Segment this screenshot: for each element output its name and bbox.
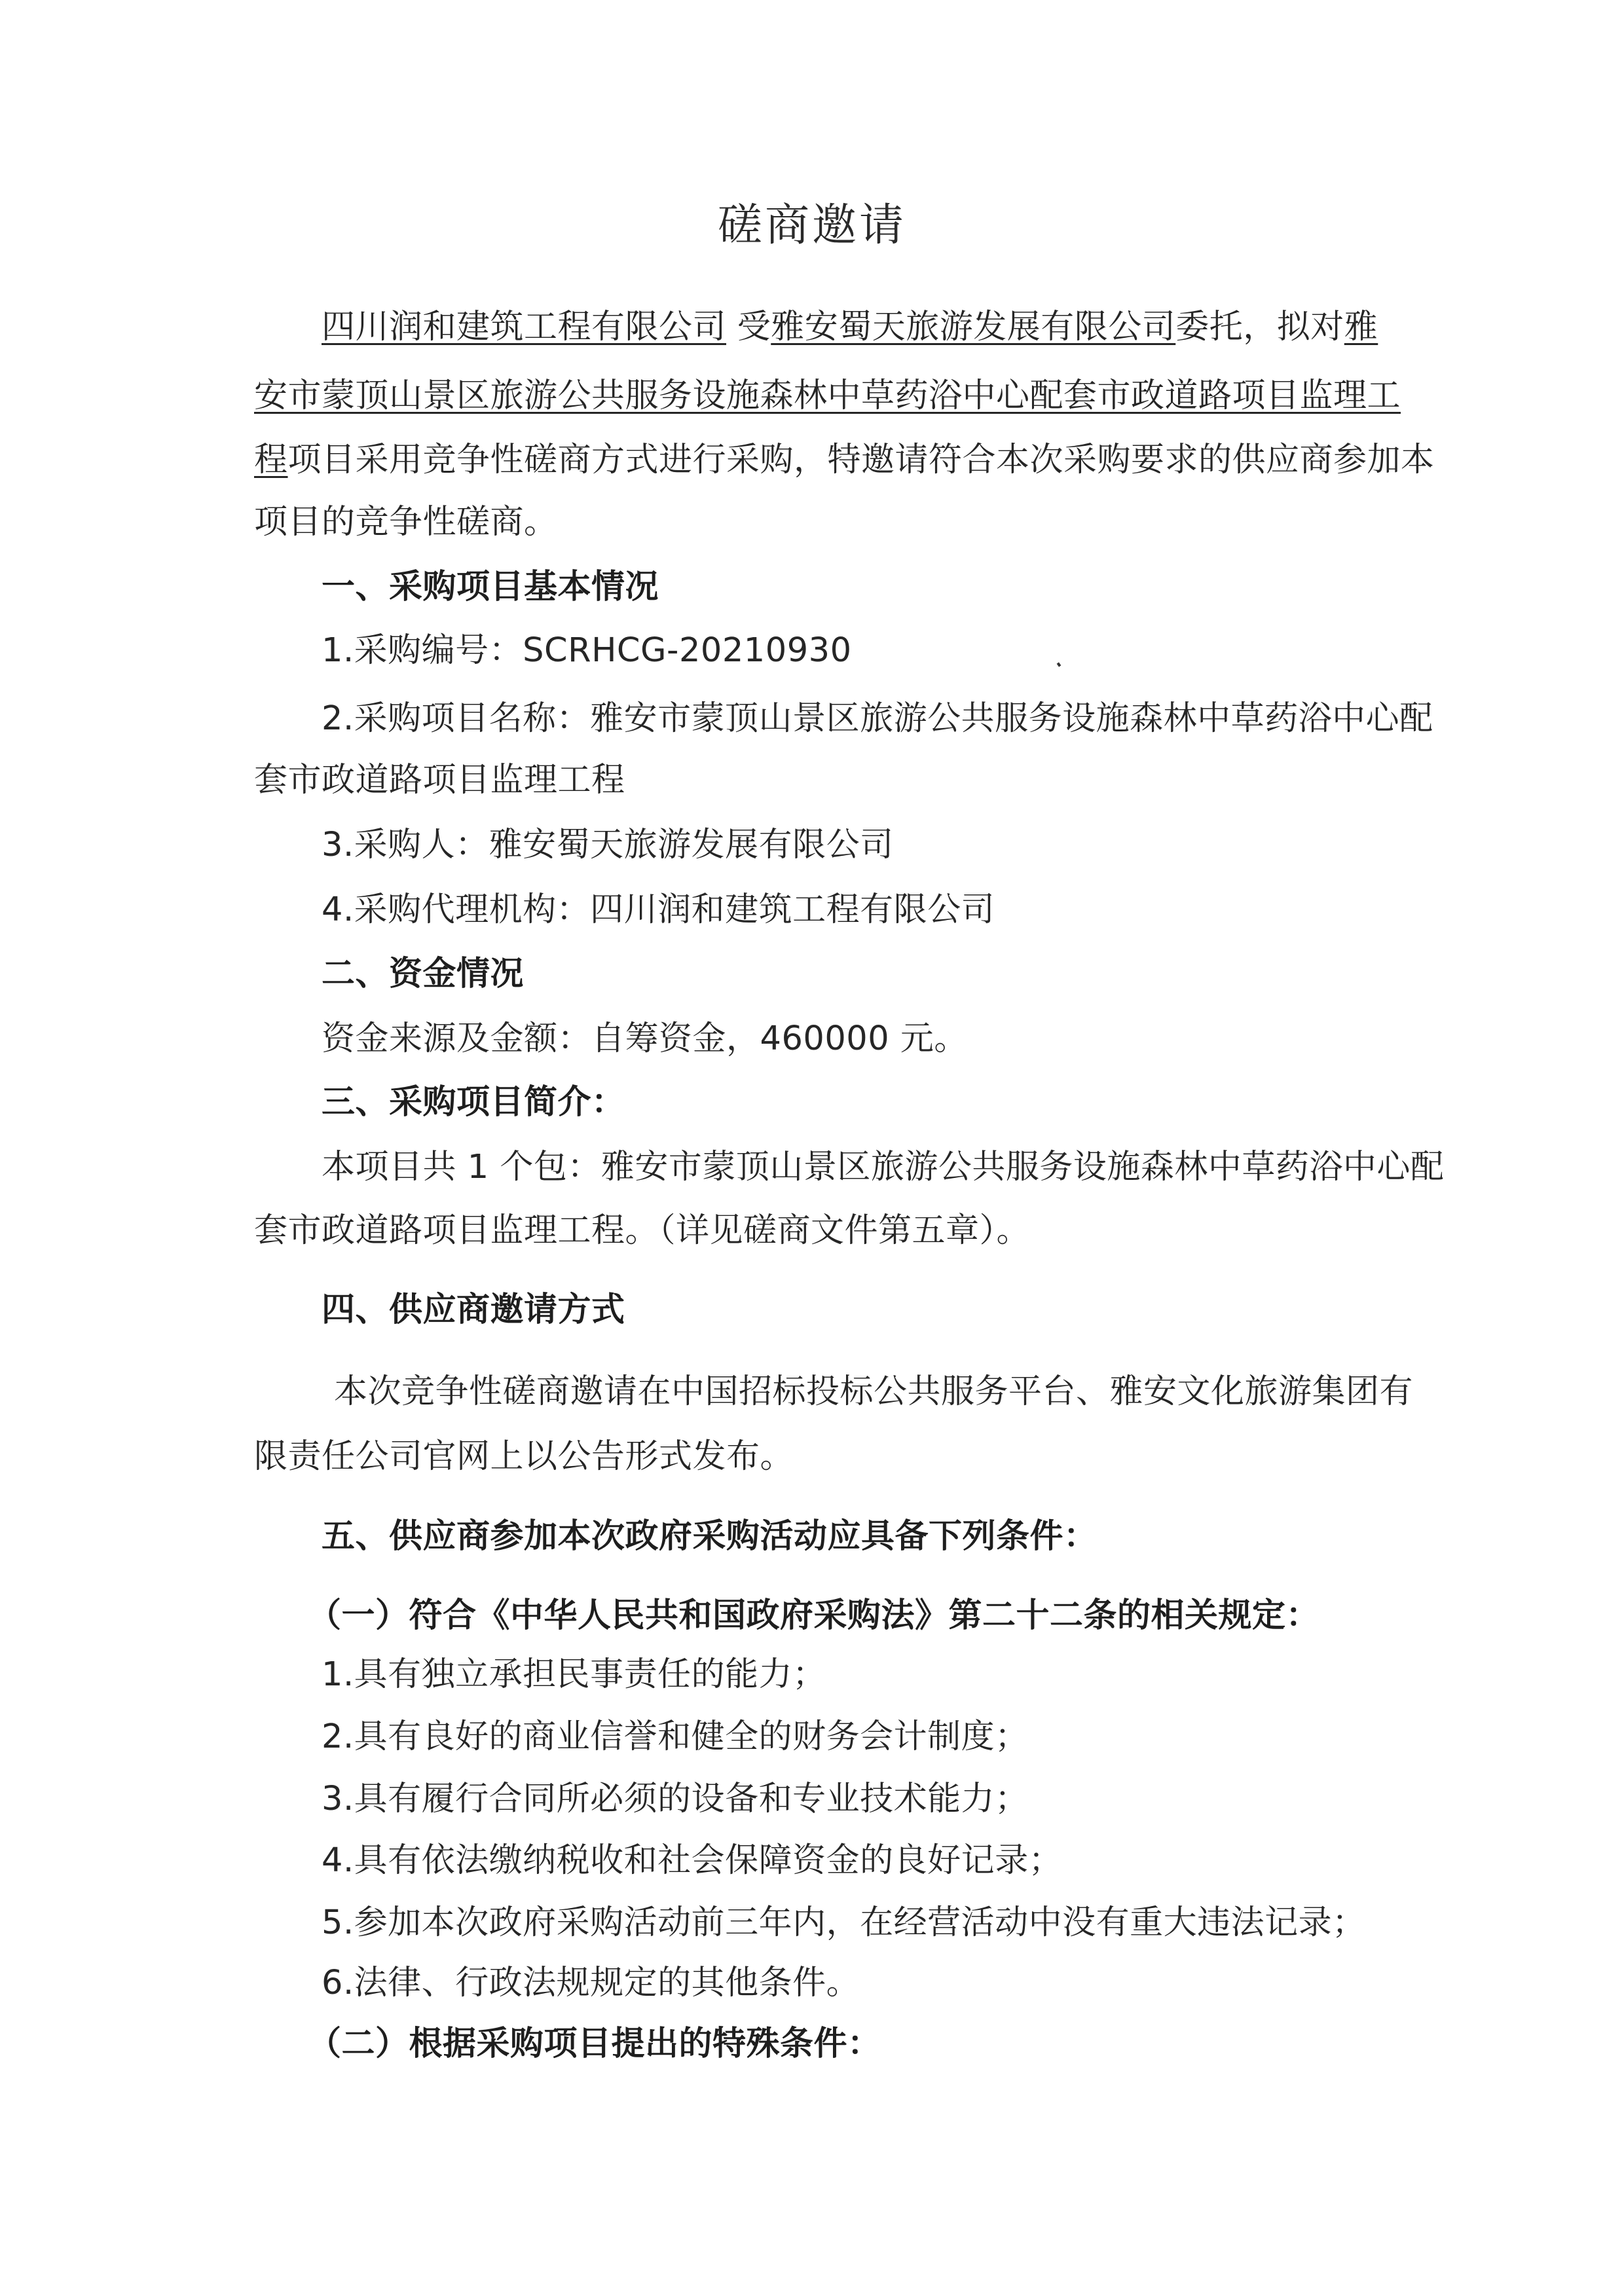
agency-line: 4.采购代理机构：四川润和建筑工程有限公司	[322, 890, 1461, 930]
document-title: 磋商邀请	[0, 200, 1624, 252]
section-5-heading: 五、供应商参加本次政府采购活动应具备下列条件：	[322, 1517, 1461, 1556]
condition-6: 6.法律、行政法规规定的其他条件。	[322, 1964, 1461, 2003]
agent-name: 四川润和建筑工程有限公司	[322, 308, 726, 346]
project-name-line-2: 套市政道路项目监理工程	[254, 761, 1393, 800]
project-name-start: 雅	[1344, 308, 1378, 346]
summary-line-1: 本项目共 1 个包：雅安市蒙顶山景区旅游公共服务设施森林中草药浴中心配	[322, 1148, 1461, 1187]
purchaser-name: 雅安蜀天旅游发展有限公司	[771, 308, 1175, 346]
funding-line: 资金来源及金额：自筹资金，460000 元。	[322, 1019, 1461, 1059]
section-1-heading: 一、采购项目基本情况	[322, 568, 1461, 607]
section-4-heading: 四、供应商邀请方式	[322, 1291, 1461, 1330]
condition-3: 3.具有履行合同所必须的设备和专业技术能力；	[322, 1780, 1461, 1819]
invitation-line-1: 本次竞争性磋商邀请在中国招标投标公共服务平台、雅安文化旅游集团有	[334, 1372, 1473, 1412]
section-3-heading: 三、采购项目简介：	[322, 1083, 1461, 1122]
intro-line-1: 四川润和建筑工程有限公司 受雅安蜀天旅游发展有限公司委托，拟对雅	[322, 308, 1461, 347]
condition-5: 5.参加本次政府采购活动前三年内，在经营活动中没有重大违法记录；	[322, 1903, 1461, 1943]
condition-1: 1.具有独立承担民事责任的能力；	[322, 1655, 1461, 1695]
sub-2-heading: （二）根据采购项目提出的特殊条件：	[308, 2025, 1447, 2064]
project-name-end: 程	[254, 441, 288, 479]
purchaser-line: 3.采购人：雅安蜀天旅游发展有限公司	[322, 826, 1461, 865]
intro-line-3: 程项目采用竞争性磋商方式进行采购，特邀请符合本次采购要求的供应商参加本	[254, 441, 1393, 480]
procurement-number: 1.采购编号：SCRHCG-20210930	[322, 631, 1461, 670]
project-name-middle: 安市蒙顶山景区旅游公共服务设施森林中草药浴中心配套市政道路项目监理工	[254, 376, 1401, 415]
project-name-line-1: 2.采购项目名称：雅安市蒙顶山景区旅游公共服务设施森林中草药浴中心配	[322, 699, 1461, 739]
sub-1-heading: （一）符合《中华人民共和国政府采购法》第二十二条的相关规定：	[308, 1596, 1447, 1636]
invitation-line-2: 限责任公司官网上以公告形式发布。	[254, 1437, 1393, 1477]
section-2-heading: 二、资金情况	[322, 955, 1461, 994]
summary-line-2: 套市政道路项目监理工程。（详见磋商文件第五章）。	[254, 1211, 1393, 1251]
condition-4: 4.具有依法缴纳税收和社会保障资金的良好记录；	[322, 1841, 1461, 1881]
condition-2: 2.具有良好的商业信誉和健全的财务会计制度；	[322, 1717, 1461, 1757]
intro-line-2: 安市蒙顶山景区旅游公共服务设施森林中草药浴中心配套市政道路项目监理工	[254, 376, 1393, 416]
intro-line-4: 项目的竞争性磋商。	[254, 503, 1393, 542]
